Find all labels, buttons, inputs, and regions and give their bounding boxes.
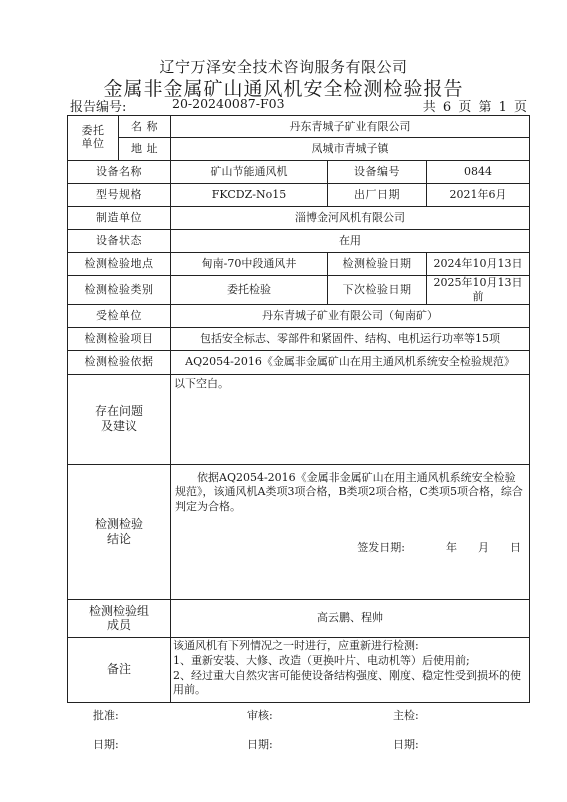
inspection-date-value: 2024年10月13日 — [427, 253, 530, 276]
team-label-line1: 检测检验组 — [70, 604, 168, 618]
issue-year: 年 — [446, 541, 457, 555]
items-value: 包括安全标志、零部件和紧固件、结构、电机运行功率等15项 — [171, 327, 530, 350]
issue-day: 日 — [510, 541, 521, 555]
report-meta: 报告编号: 20-20240087-F03 共 6 页 第 1 页 — [67, 96, 529, 114]
issues-label-line2: 及建议 — [70, 419, 168, 434]
conclusion-label: 检测检验 结论 — [68, 464, 171, 599]
issue-date-label: 签发日期: — [357, 541, 405, 555]
page-info: 共 6 页 第 1 页 — [423, 96, 527, 115]
conclusion-label-line1: 检测检验 — [70, 517, 168, 532]
row-team: 检测检验组 成员 高云鹏、程帅 — [68, 599, 530, 637]
next-date-label: 下次检验日期 — [328, 276, 427, 305]
remarks-cell: 该通风机有下列情况之一时进行，应重新进行检测: 1、重新安装、大修、改造（更换叶… — [171, 637, 530, 702]
row-category: 检测检验类别 委托检验 下次检验日期 2025年10月13日前 — [68, 276, 530, 305]
team-label-line2: 成员 — [70, 618, 168, 632]
manufacturer-value: 淄博金河风机有限公司 — [171, 207, 530, 230]
row-remarks: 备注 该通风机有下列情况之一时进行，应重新进行检测: 1、重新安装、大修、改造（… — [68, 637, 530, 702]
row-model: 型号规格 FKCDZ-No15 出厂日期 2021年6月 — [68, 184, 530, 207]
row-issues: 存在问题 及建议 以下空白。 — [68, 374, 530, 464]
equipment-name-value: 矿山节能通风机 — [171, 161, 328, 184]
client-label-line2: 单位 — [70, 138, 116, 151]
report-no: 20-20240087-F03 — [172, 96, 285, 111]
items-label: 检测检验项目 — [68, 327, 171, 350]
row-client-address: 地 址 凤城市青城子镇 — [68, 138, 530, 161]
client-name-value: 丹东青城子矿业有限公司 — [171, 116, 530, 138]
chief-label: 主检: — [393, 707, 419, 723]
remarks-line-1: 1、重新安装、大修、改造（更换叶片、电动机等）后使用前; — [171, 654, 529, 669]
conclusion-text: 依据AQ2054-2016《金属非金属矿山在用主通风机系统安全检验规范》，该通风… — [171, 465, 529, 516]
approve-label: 批准: — [93, 707, 119, 723]
location-label: 检测检验地点 — [68, 253, 171, 276]
client-group-label: 委托 单位 — [68, 116, 119, 161]
inspection-date-label: 检测检验日期 — [328, 253, 427, 276]
client-address-value: 凤城市青城子镇 — [171, 138, 530, 161]
issues-label: 存在问题 及建议 — [68, 374, 171, 464]
client-name-label: 名 称 — [119, 116, 171, 138]
equipment-no-label: 设备编号 — [328, 161, 427, 184]
client-address-label: 地 址 — [119, 138, 171, 161]
factory-date-value: 2021年6月 — [427, 184, 530, 207]
row-inspected-unit: 受检单位 丹东青城子矿业有限公司（甸南矿） — [68, 304, 530, 327]
row-items: 检测检验项目 包括安全标志、零部件和紧固件、结构、电机运行功率等15项 — [68, 327, 530, 350]
next-date-value: 2025年10月13日前 — [427, 276, 530, 305]
model-label: 型号规格 — [68, 184, 171, 207]
status-label: 设备状态 — [68, 230, 171, 253]
chief-date-label: 日期: — [393, 736, 419, 752]
row-conclusion: 检测检验 结论 依据AQ2054-2016《金属非金属矿山在用主通风机系统安全检… — [68, 464, 530, 599]
issues-value: 以下空白。 — [171, 374, 530, 464]
team-value: 高云鹏、程帅 — [171, 599, 530, 637]
remarks-line-2: 2、经过重大自然灾害可能使设备结构强度、刚度、稳定性受到损坏的使用前。 — [171, 669, 529, 699]
category-label: 检测检验类别 — [68, 276, 171, 305]
row-equipment-name: 设备名称 矿山节能通风机 设备编号 0844 — [68, 161, 530, 184]
issues-label-line1: 存在问题 — [70, 404, 168, 419]
row-client-name: 委托 单位 名 称 丹东青城子矿业有限公司 — [68, 116, 530, 138]
review-date-label: 日期: — [247, 736, 273, 752]
status-value: 在用 — [171, 230, 530, 253]
category-value: 委托检验 — [171, 276, 328, 305]
manufacturer-label: 制造单位 — [68, 207, 171, 230]
model-value: FKCDZ-No15 — [171, 184, 328, 207]
location-value: 甸南-70中段通风井 — [171, 253, 328, 276]
row-basis: 检测检验依据 AQ2054-2016《金属非金属矿山在用主通风机系统安全检验规范… — [68, 350, 530, 374]
equipment-name-label: 设备名称 — [68, 161, 171, 184]
remarks-line-0: 该通风机有下列情况之一时进行，应重新进行检测: — [171, 638, 529, 654]
equipment-no-value: 0844 — [427, 161, 530, 184]
review-label: 审核: — [247, 707, 273, 723]
row-status: 设备状态 在用 — [68, 230, 530, 253]
report-table: 委托 单位 名 称 丹东青城子矿业有限公司 地 址 凤城市青城子镇 设备名称 矿… — [67, 115, 530, 703]
factory-date-label: 出厂日期 — [328, 184, 427, 207]
approve-date-label: 日期: — [93, 736, 119, 752]
inspected-unit-label: 受检单位 — [68, 304, 171, 327]
issue-month: 月 — [478, 541, 489, 555]
report-no-label: 报告编号: — [70, 96, 126, 115]
issue-date: 签发日期: 年 月 日 — [171, 541, 529, 555]
conclusion-label-line2: 结论 — [70, 532, 168, 547]
remarks-label: 备注 — [68, 637, 171, 702]
row-location: 检测检验地点 甸南-70中段通风井 检测检验日期 2024年10月13日 — [68, 253, 530, 276]
team-label: 检测检验组 成员 — [68, 599, 171, 637]
row-manufacturer: 制造单位 淄博金河风机有限公司 — [68, 207, 530, 230]
basis-label: 检测检验依据 — [68, 350, 171, 374]
conclusion-cell: 依据AQ2054-2016《金属非金属矿山在用主通风机系统安全检验规范》，该通风… — [171, 464, 530, 599]
inspected-unit-value: 丹东青城子矿业有限公司（甸南矿） — [171, 304, 530, 327]
basis-value: AQ2054-2016《金属非金属矿山在用主通风机系统安全检验规范》 — [171, 350, 530, 374]
